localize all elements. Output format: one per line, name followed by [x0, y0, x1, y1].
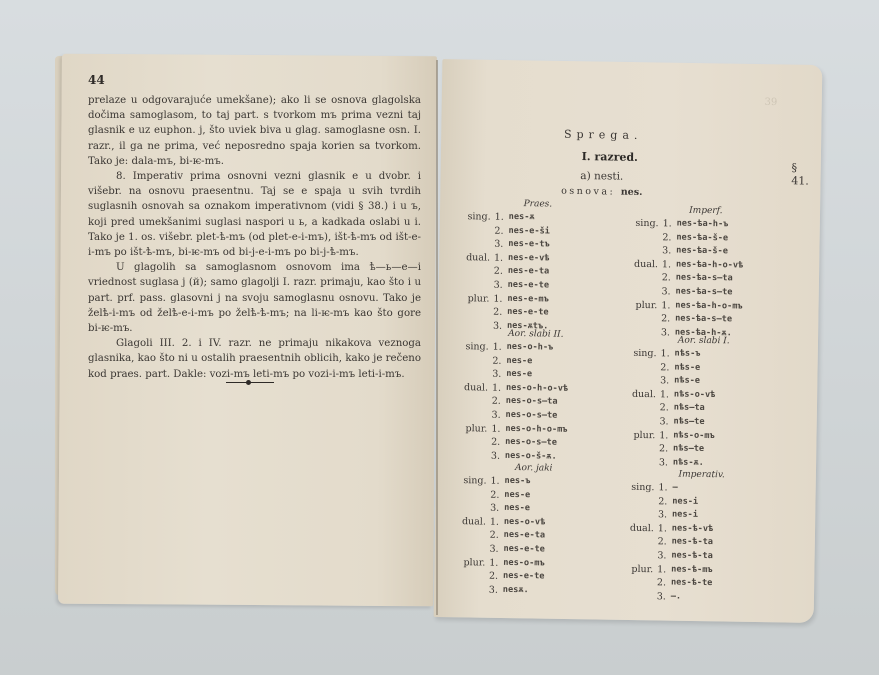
table-aor-slabi-ii: Aor. slabi II.sing.1.nes-o-h-ъ2.nes-e3.n…: [449, 328, 621, 465]
row-label: sing.: [453, 210, 495, 224]
row-number: 3.: [494, 279, 508, 293]
row-label: [447, 569, 489, 583]
verb-form: nes-ѣa-h-o-mъ: [675, 299, 742, 314]
row-label: plur.: [449, 422, 491, 436]
row-number: 1.: [658, 522, 672, 536]
paragraph: Glagoli III. 2. i IV. razr. ne primaju n…: [88, 336, 421, 382]
row-number: 2.: [493, 306, 507, 320]
table-row: 3.nesѫ.: [447, 583, 617, 599]
verb-form: nes-e: [506, 368, 532, 382]
verb-form: nes-o-mъ: [503, 556, 545, 570]
row-number: 3.: [489, 543, 503, 557]
verb-form: nes-o-s—ta: [506, 395, 558, 409]
row-number: 2.: [660, 402, 674, 416]
row-number: 3.: [657, 549, 671, 563]
verb-form: nes-ѫ: [509, 211, 535, 225]
row-label: [615, 589, 657, 603]
row-number: 1.: [495, 211, 509, 225]
verb-form: nes-e-mъ: [507, 292, 549, 306]
class-heading: I. razred.: [582, 150, 638, 164]
row-number: 3.: [490, 502, 504, 516]
row-number: 3.: [660, 374, 674, 388]
verb-form: nѣs—te: [673, 443, 704, 457]
row-number: 2.: [662, 231, 676, 245]
row-label: [618, 401, 660, 415]
verb-form: nѣs—te: [673, 415, 704, 429]
row-number: 3.: [657, 590, 671, 604]
verb-heading: a) nesti.: [580, 170, 623, 183]
row-label: [451, 305, 493, 319]
verb-form: nѣs-ъ: [674, 347, 700, 361]
row-label: [620, 230, 662, 244]
verb-form: nes-o-h-o-vѣ: [506, 382, 568, 397]
row-label: plur.: [617, 428, 659, 442]
stem-value: nes.: [621, 187, 643, 198]
row-label: [617, 455, 659, 469]
verb-form: nѣs-ѫ.: [673, 456, 704, 470]
page-number: 44: [88, 73, 105, 87]
row-number: 3.: [491, 409, 505, 423]
verb-form: nes-o-h-ъ: [507, 341, 554, 355]
verb-form: nes-e-ta: [504, 529, 546, 543]
row-label: [447, 583, 489, 597]
row-label: sing.: [618, 347, 660, 361]
row-number: 3.: [662, 244, 676, 258]
table-aor-jaki: Aor. jakising.1.nes-ъ2.nes-e3.nes-edual.…: [447, 462, 619, 599]
row-number: 2.: [489, 570, 503, 584]
table-title: Aor. jaki: [449, 462, 619, 475]
verb-form: nѣs-e: [674, 361, 700, 375]
verb-form: nes-o-s—te: [505, 436, 557, 450]
stem-line: osnova: nes.: [561, 186, 642, 198]
row-label: [619, 285, 661, 299]
verb-form: nes-e: [506, 354, 532, 368]
row-label: [452, 278, 494, 292]
row-label: sing.: [448, 474, 490, 488]
row-label: [618, 360, 660, 374]
row-label: sing.: [616, 481, 658, 495]
row-number: 1.: [662, 217, 676, 231]
verb-form: nes-i: [672, 495, 698, 509]
verb-form: nes-e-te: [503, 570, 545, 584]
row-label: [616, 494, 658, 508]
row-number: 2.: [658, 495, 672, 509]
row-number: 3.: [492, 368, 506, 382]
row-number: 1.: [492, 381, 506, 395]
table-title: Imperf.: [621, 205, 791, 218]
row-number: 2.: [494, 265, 508, 279]
stem-label: osnova:: [561, 186, 615, 198]
verb-form: nes-ѣa-s—ta: [676, 272, 733, 286]
verb-form: —: [672, 481, 677, 495]
table-title: Imperativ.: [617, 469, 787, 482]
row-number: 1.: [489, 556, 503, 570]
row-number: 2.: [492, 354, 506, 368]
row-label: [450, 367, 492, 381]
right-page-content: 39 Sprega. I. razred. § 41. a) nesti. os…: [446, 70, 815, 636]
row-number: 3.: [494, 238, 508, 252]
row-label: [449, 449, 491, 463]
row-label: [620, 244, 662, 258]
table-row: 3.—.: [615, 589, 785, 605]
verb-form: nes-e-te: [503, 543, 545, 557]
verb-form: nes-o-š-ѫ.: [505, 450, 557, 464]
row-number: 2.: [657, 536, 671, 550]
table-imperativ: Imperativ.sing.1.—2.nes-i3.nes-idual.1.n…: [615, 469, 787, 606]
row-label: [449, 408, 491, 422]
row-label: [450, 354, 492, 368]
table-aor-slabi-i: Aor. slabi I.sing.1.nѣs-ъ2.nѣs-e3.nѣs-ed…: [617, 335, 789, 472]
row-number: 1.: [493, 341, 507, 355]
verb-form: nes-ѣa-s—te: [675, 285, 732, 299]
verb-form: nes-ѣa-š-e: [676, 245, 728, 259]
row-number: 1.: [661, 299, 675, 313]
verb-form: nes-e-te: [508, 279, 550, 293]
row-label: [448, 488, 490, 502]
row-label: [615, 549, 657, 563]
row-number: 2.: [657, 576, 671, 590]
left-page-body: prelaze u odgovarajuće umekšane); ako li…: [88, 93, 421, 382]
table-imperf: Imperf.sing.1.nes-ѣa-h-ъ2.nes-ѣa-š-e3.ne…: [619, 205, 791, 342]
verb-form: nes-ѣ-vѣ: [672, 522, 714, 536]
row-label: [616, 535, 658, 549]
row-label: plur.: [619, 298, 661, 312]
verb-form: nes-e: [504, 488, 530, 502]
row-number: 1.: [662, 258, 676, 272]
row-number: 3.: [661, 285, 675, 299]
row-label: [617, 442, 659, 456]
verb-form: nes-o-vѣ: [504, 516, 546, 530]
row-label: dual.: [616, 521, 658, 535]
verb-form: nѣs-o-vѣ: [674, 388, 716, 402]
row-label: [448, 501, 490, 515]
row-number: 1.: [660, 388, 674, 402]
row-number: 2.: [494, 224, 508, 238]
verb-form: nes-ѣa-h-o-vѣ: [676, 258, 743, 273]
verb-form: nes-e: [504, 502, 530, 516]
row-number: 2.: [491, 436, 505, 450]
row-label: [616, 508, 658, 522]
row-number: 3.: [489, 583, 503, 597]
verb-form: nѣs—ta: [674, 402, 705, 416]
row-label: [617, 415, 659, 429]
row-label: [619, 312, 661, 326]
verb-form: —.: [671, 590, 682, 604]
row-label: plur.: [451, 292, 493, 306]
verb-form: nes-e-vѣ: [508, 252, 550, 266]
row-number: 2.: [662, 272, 676, 286]
row-label: [452, 237, 494, 251]
paragraph: U glagolih sa samoglasnom osnovom ima ѣ—…: [88, 260, 421, 336]
row-label: dual.: [448, 515, 490, 529]
verb-form: nesѫ.: [503, 584, 529, 598]
table-title: Aor. slabi I.: [619, 335, 789, 348]
row-number: 3.: [658, 508, 672, 522]
verb-form: nes-ѣa-s—te: [675, 313, 732, 327]
section-reference: § 41.: [791, 161, 813, 187]
row-number: 1.: [494, 251, 508, 265]
verb-form: nes-e-ši: [508, 224, 550, 238]
verb-form: nes-ѣa-h-ъ: [676, 218, 728, 232]
row-label: [448, 528, 490, 542]
row-number: 2.: [490, 488, 504, 502]
row-number: 1.: [660, 347, 674, 361]
row-label: dual.: [618, 387, 660, 401]
row-label: [618, 374, 660, 388]
row-label: dual.: [620, 257, 662, 271]
row-label: [450, 394, 492, 408]
row-number: 2.: [659, 442, 673, 456]
row-number: 3.: [659, 456, 673, 470]
verb-form: nѣs-e: [674, 375, 700, 389]
page-title: Sprega.: [564, 128, 643, 142]
row-number: 3.: [491, 449, 505, 463]
row-number: 2.: [490, 529, 504, 543]
row-number: 2.: [492, 395, 506, 409]
table-praes: Praes.sing.1.nes-ѫ2.nes-e-ši3.nes-e-tъdu…: [451, 198, 623, 335]
verb-form: nѣs-o-mъ: [673, 429, 715, 443]
verb-form: nes-ѣ-ta: [671, 549, 713, 563]
row-number: 3.: [659, 415, 673, 429]
verb-form: nes-ъ: [504, 475, 530, 489]
row-label: dual.: [452, 251, 494, 265]
row-number: 2.: [660, 361, 674, 375]
row-number: 1.: [490, 475, 504, 489]
row-label: plur.: [447, 556, 489, 570]
row-label: sing.: [621, 217, 663, 231]
row-label: [452, 224, 494, 238]
row-number: 1.: [658, 481, 672, 495]
row-number: 1.: [657, 563, 671, 577]
row-number: 2.: [661, 312, 675, 326]
verb-form: nes-o-h-o-mъ: [505, 422, 567, 437]
divider-ornament-icon: [246, 380, 251, 385]
row-label: [615, 576, 657, 590]
row-number: 1.: [490, 515, 504, 529]
row-label: sing.: [451, 340, 493, 354]
verb-form: nes-i: [672, 509, 698, 523]
verb-form: nes-e-tъ: [508, 238, 550, 252]
paragraph: prelaze u odgovarajuće umekšane); ako li…: [88, 93, 421, 169]
verb-form: nes-ѣ-te: [671, 577, 713, 591]
verb-form: nes-ѣa-š-e: [676, 231, 728, 245]
row-label: plur.: [615, 562, 657, 576]
row-label: [447, 542, 489, 556]
verb-form: nes-e-ta: [508, 265, 550, 279]
row-number: 1.: [491, 422, 505, 436]
row-label: [449, 435, 491, 449]
ghost-page-number: 39: [764, 97, 777, 108]
verb-form: nes-ѣ-mъ: [671, 563, 713, 577]
table-title: Praes.: [453, 198, 623, 211]
row-label: dual.: [450, 381, 492, 395]
book-gutter: [436, 60, 438, 615]
row-label: [452, 264, 494, 278]
table-title: Aor. slabi II.: [451, 328, 621, 341]
row-number: 1.: [659, 429, 673, 443]
paragraph: 8. Imperativ prima osnovni vezni glasnik…: [88, 169, 421, 260]
row-number: 1.: [493, 292, 507, 306]
verb-form: nes-ѣ-ta: [671, 536, 713, 550]
verb-form: nes-e-te: [507, 306, 549, 320]
verb-form: nes-o-s—te: [505, 409, 557, 423]
row-label: [620, 271, 662, 285]
